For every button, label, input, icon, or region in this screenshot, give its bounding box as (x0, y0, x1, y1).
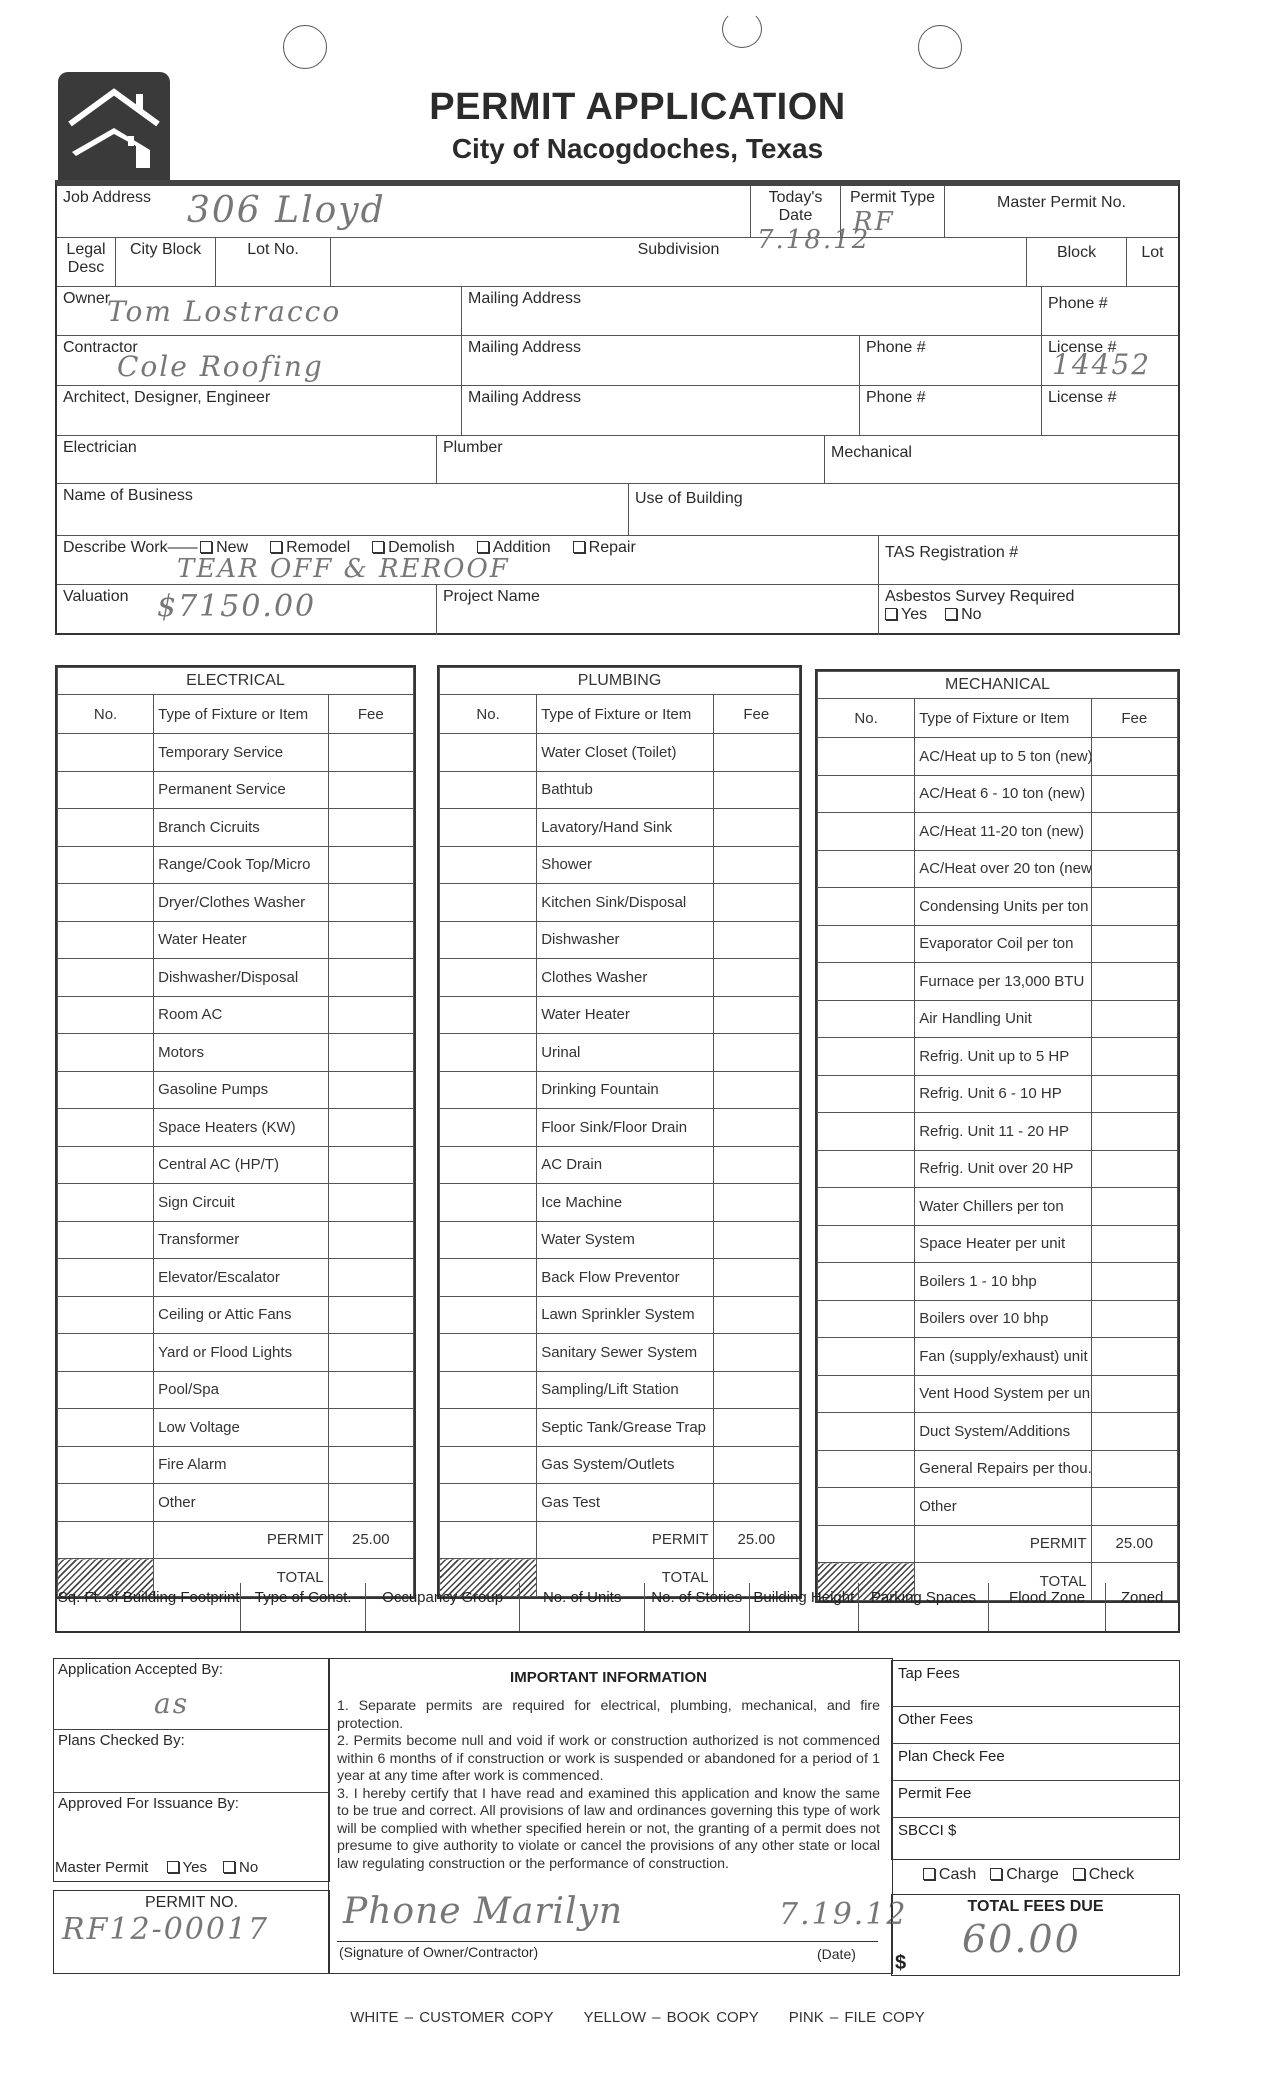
plumbing-section-title: PLUMBING (440, 668, 800, 695)
quantity-cell[interactable] (818, 813, 915, 851)
table-row: Range/Cook Top/Micro (58, 846, 414, 884)
lot-field[interactable]: Lot (1127, 238, 1178, 287)
table-row: Fan (supply/exhaust) unit (818, 1338, 1178, 1376)
fee-cell[interactable] (1091, 1450, 1177, 1488)
table-row: Kitchen Sink/Disposal (440, 884, 800, 922)
fee-cell[interactable] (713, 884, 799, 922)
fee-cell[interactable] (713, 1146, 799, 1184)
fee-cell[interactable] (1091, 1413, 1177, 1451)
fixture-item-label: Air Handling Unit (915, 1000, 1091, 1038)
quantity-cell[interactable] (58, 1296, 154, 1334)
fixture-item-label: Boilers over 10 bhp (915, 1300, 1091, 1338)
quantity-cell[interactable] (818, 925, 915, 963)
fixture-item-label: AC/Heat 6 - 10 ton (new) (915, 775, 1091, 813)
page-subtitle: City of Nacogdoches, Texas (0, 133, 1275, 165)
fee-cell[interactable] (1091, 1375, 1177, 1413)
table-row: Gas System/Outlets (440, 1446, 800, 1484)
fee-field-plan-check-fee[interactable]: Plan Check Fee (892, 1744, 1179, 1781)
quantity-cell[interactable] (440, 1296, 537, 1334)
fee-cell[interactable] (328, 1409, 413, 1447)
building-field-occupancy-group[interactable]: Occupancy Group (366, 1583, 520, 1631)
fixture-item-label: Furnace per 13,000 BTU (915, 963, 1091, 1001)
quantity-cell[interactable] (818, 1450, 915, 1488)
owner-mailing-address-field[interactable]: Mailing Address (462, 287, 1042, 336)
applicant-info-section: Job Address 306 Lloyd Today's Date 7.18.… (55, 180, 1180, 635)
quantity-cell[interactable] (58, 1334, 154, 1372)
table-row: Boilers 1 - 10 bhp (818, 1263, 1178, 1301)
fixture-item-label: Space Heaters (KW) (154, 1109, 328, 1147)
quantity-cell[interactable] (58, 959, 154, 997)
quantity-cell[interactable] (818, 1038, 915, 1076)
quantity-cell[interactable] (58, 1371, 154, 1409)
electrical-fixtures-table: ELECTRICALNo.Type of Fixture or ItemFeeT… (55, 665, 416, 1599)
fixture-item-label: Sampling/Lift Station (537, 1371, 713, 1409)
building-field-zoned[interactable]: Zoned (1106, 1583, 1178, 1631)
fixture-item-label: Permanent Service (154, 771, 328, 809)
table-row: Lavatory/Hand Sink (440, 809, 800, 847)
describe-work-field[interactable]: Describe Work—— NewRemodelDemolishAdditi… (57, 536, 879, 585)
quantity-cell[interactable] (440, 884, 537, 922)
fixture-item-label: Water System (537, 1221, 713, 1259)
payment-checkbox-cash[interactable]: Cash (923, 1866, 976, 1883)
table-row: Drinking Fountain (440, 1071, 800, 1109)
table-row: General Repairs per thou. (818, 1450, 1178, 1488)
table-row: AC/Heat up to 5 ton (new) (818, 738, 1178, 776)
architect-field[interactable]: Architect, Designer, Engineer (57, 386, 462, 436)
permit-fee-value: 25.00 (1091, 1525, 1177, 1563)
fee-cell[interactable] (1091, 1000, 1177, 1038)
quantity-cell[interactable] (818, 888, 915, 926)
fixture-item-label: Range/Cook Top/Micro (154, 846, 328, 884)
fee-cell[interactable] (328, 1446, 413, 1484)
application-accepted-by-field[interactable]: Application Accepted By: as (54, 1659, 329, 1730)
fee-field-sbcci[interactable]: SBCCI $ (892, 1818, 1179, 1857)
quantity-cell[interactable] (58, 1034, 154, 1072)
fixture-item-label: AC/Heat up to 5 ton (new) (915, 738, 1091, 776)
info-item: 2. Permits become null and void if work … (337, 1733, 880, 1786)
quantity-cell[interactable] (440, 1071, 537, 1109)
fee-cell[interactable] (713, 846, 799, 884)
contractor-license-field[interactable]: License # 14452 (1042, 336, 1178, 386)
fee-cell[interactable] (328, 959, 413, 997)
fee-cell[interactable] (1091, 775, 1177, 813)
quantity-cell[interactable] (58, 1184, 154, 1222)
fee-cell[interactable] (713, 1109, 799, 1147)
quantity-cell[interactable] (440, 809, 537, 847)
fixture-item-label: Duct System/Additions (915, 1413, 1091, 1451)
fee-cell[interactable] (328, 1221, 413, 1259)
fee-cell[interactable] (328, 771, 413, 809)
fee-cell[interactable] (713, 1371, 799, 1409)
fee-cell[interactable] (328, 734, 413, 772)
fixture-item-label: General Repairs per thou. (915, 1450, 1091, 1488)
fixture-item-label: Floor Sink/Floor Drain (537, 1109, 713, 1147)
fee-cell[interactable] (713, 1184, 799, 1222)
fee-cell[interactable] (328, 921, 413, 959)
contractor-license-value: 14452 (1052, 348, 1151, 381)
info-item: 1. Separate permits are required for ele… (337, 1698, 880, 1733)
table-row: Other (58, 1484, 414, 1522)
quantity-cell[interactable] (440, 1221, 537, 1259)
quantity-cell[interactable] (818, 1263, 915, 1301)
quantity-cell[interactable] (440, 959, 537, 997)
building-field-parking-spaces[interactable]: Parking Spaces (859, 1583, 989, 1631)
table-row: Fire Alarm (58, 1446, 414, 1484)
fee-cell[interactable] (713, 1221, 799, 1259)
quantity-cell[interactable] (818, 1225, 915, 1263)
quantity-cell[interactable] (58, 1221, 154, 1259)
contractor-field[interactable]: Contractor Cole Roofing (57, 336, 462, 386)
quantity-cell[interactable] (818, 1300, 915, 1338)
fee-cell[interactable] (713, 771, 799, 809)
fee-cell[interactable] (328, 1034, 413, 1072)
work-type-checkbox-repair[interactable]: Repair (573, 539, 636, 556)
quantity-cell[interactable] (818, 1413, 915, 1451)
plumbing-fixtures-table: PLUMBINGNo.Type of Fixture or ItemFeeWat… (437, 665, 802, 1599)
fee-cell[interactable] (1091, 1300, 1177, 1338)
fee-cell[interactable] (328, 1184, 413, 1222)
fee-cell[interactable] (328, 1071, 413, 1109)
approvals-section: Application Accepted By: as Plans Checke… (53, 1658, 330, 1882)
quantity-cell[interactable] (818, 1488, 915, 1526)
table-row: Septic Tank/Grease Trap (440, 1409, 800, 1447)
quantity-cell[interactable] (818, 1188, 915, 1226)
master-permit-no-field[interactable]: Master Permit No. (945, 186, 1178, 238)
quantity-cell[interactable] (818, 1075, 915, 1113)
checkbox-icon (990, 1868, 1002, 1880)
valuation-field[interactable]: Valuation $7150.00 (57, 585, 437, 635)
lot-no-field[interactable]: Lot No. (216, 238, 331, 287)
quantity-cell[interactable] (58, 1071, 154, 1109)
checkbox-icon (372, 541, 384, 553)
table-row: Ceiling or Attic Fans (58, 1296, 414, 1334)
city-block-field[interactable]: City Block (116, 238, 216, 287)
fixture-item-label: Fan (supply/exhaust) unit (915, 1338, 1091, 1376)
fee-cell[interactable] (1091, 888, 1177, 926)
table-row: Duct System/Additions (818, 1413, 1178, 1451)
quantity-cell[interactable] (818, 1338, 915, 1376)
fee-cell[interactable] (1091, 1225, 1177, 1263)
payment-method: CashChargeCheck (891, 1866, 1180, 1884)
fee-cell[interactable] (713, 921, 799, 959)
quantity-cell[interactable] (818, 1375, 915, 1413)
fixture-item-label: Motors (154, 1034, 328, 1072)
quantity-cell[interactable] (58, 1146, 154, 1184)
plumber-field[interactable]: Plumber (437, 436, 825, 484)
owner-phone-field[interactable]: Phone # (1042, 287, 1178, 336)
project-name-field[interactable]: Project Name (437, 585, 879, 635)
fee-cell[interactable] (1091, 1113, 1177, 1151)
fee-cell[interactable] (328, 1146, 413, 1184)
fixture-item-label: Other (915, 1488, 1091, 1526)
fixture-item-label: Water Heater (537, 996, 713, 1034)
quantity-cell[interactable] (58, 1446, 154, 1484)
fixture-item-label: Refrig. Unit 6 - 10 HP (915, 1075, 1091, 1113)
fixture-item-label: Clothes Washer (537, 959, 713, 997)
permit-fee-value: 25.00 (713, 1521, 799, 1559)
fixture-item-label: Ice Machine (537, 1184, 713, 1222)
quantity-cell[interactable] (440, 846, 537, 884)
fixture-item-label: Condensing Units per ton (915, 888, 1091, 926)
fixture-item-label: Shower (537, 846, 713, 884)
table-row: Gas Test (440, 1484, 800, 1522)
fixture-item-label: Fire Alarm (154, 1446, 328, 1484)
table-row: Water Closet (Toilet) (440, 734, 800, 772)
quantity-cell[interactable] (440, 921, 537, 959)
fixture-item-label: Elevator/Escalator (154, 1259, 328, 1297)
fee-cell[interactable] (328, 884, 413, 922)
quantity-cell[interactable] (818, 738, 915, 776)
fee-cell[interactable] (328, 1334, 413, 1372)
table-row: Branch Cicruits (58, 809, 414, 847)
fee-cell[interactable] (1091, 850, 1177, 888)
table-row: AC/Heat 11-20 ton (new) (818, 813, 1178, 851)
building-field-no-of-stories[interactable]: No. of Stories (645, 1583, 750, 1631)
quantity-cell[interactable] (818, 850, 915, 888)
fee-cell[interactable] (713, 1334, 799, 1372)
quantity-cell[interactable] (440, 1334, 537, 1372)
master-permit-checkbox-no[interactable]: No (223, 1859, 258, 1876)
copy-label: YELLOW – BOOK COPY (583, 2009, 758, 2026)
permit-row: PERMIT25.00 (818, 1525, 1178, 1563)
table-row: Ice Machine (440, 1184, 800, 1222)
fee-cell[interactable] (713, 1034, 799, 1072)
permit-fee-value: 25.00 (328, 1521, 413, 1559)
master-permit-field: Master Permit YesNo (55, 1860, 274, 1877)
fee-cell[interactable] (1091, 1488, 1177, 1526)
block-field[interactable]: Block (1027, 238, 1127, 287)
mechanical-field[interactable]: Mechanical (825, 436, 1178, 484)
fee-cell[interactable] (328, 1259, 413, 1297)
permit-type-field[interactable]: Permit Type RF (841, 186, 945, 238)
table-row: Temporary Service (58, 734, 414, 772)
quantity-cell[interactable] (58, 846, 154, 884)
use-of-building-field[interactable]: Use of Building (629, 484, 1178, 536)
table-row: Other (818, 1488, 1178, 1526)
fee-field-other-fees[interactable]: Other Fees (892, 1707, 1179, 1744)
fee-cell[interactable] (1091, 1188, 1177, 1226)
fee-cell[interactable] (1091, 1150, 1177, 1188)
quantity-cell[interactable] (58, 809, 154, 847)
punch-hole (283, 25, 327, 69)
fee-cell[interactable] (713, 1296, 799, 1334)
table-row: Pool/Spa (58, 1371, 414, 1409)
master-permit-checkbox-yes[interactable]: Yes (167, 1859, 207, 1876)
fee-field-permit-fee[interactable]: Permit Fee (892, 1781, 1179, 1818)
quantity-cell[interactable] (818, 963, 915, 1001)
fixture-item-label: Yard or Flood Lights (154, 1334, 328, 1372)
contractor-value: Cole Roofing (117, 350, 324, 383)
fixture-item-label: Room AC (154, 996, 328, 1034)
quantity-cell[interactable] (440, 1034, 537, 1072)
fee-cell[interactable] (328, 1109, 413, 1147)
todays-date-field[interactable]: Today's Date 7.18.12 (751, 186, 841, 238)
quantity-cell[interactable] (58, 1109, 154, 1147)
plans-checked-by-field[interactable]: Plans Checked By: (54, 1730, 329, 1793)
fixture-item-label: Refrig. Unit up to 5 HP (915, 1038, 1091, 1076)
fee-cell[interactable] (1091, 1263, 1177, 1301)
asbestos-checkbox-yes[interactable]: Yes (885, 606, 927, 623)
tas-registration-field[interactable]: TAS Registration # (879, 536, 1178, 585)
fee-cell[interactable] (328, 846, 413, 884)
fee-cell[interactable] (713, 1071, 799, 1109)
fee-cell[interactable] (713, 734, 799, 772)
fee-cell[interactable] (713, 1259, 799, 1297)
fixture-item-label: Temporary Service (154, 734, 328, 772)
business-name-field[interactable]: Name of Business (57, 484, 629, 536)
quantity-cell[interactable] (440, 1146, 537, 1184)
info-item: 3. I hereby certify that I have read and… (337, 1786, 880, 1874)
asbestos-checkbox-no[interactable]: No (945, 606, 981, 623)
fee-cell[interactable] (1091, 813, 1177, 851)
total-fees-due-field[interactable]: TOTAL FEES DUE $ 60.00 (891, 1894, 1180, 1976)
fee-cell[interactable] (713, 959, 799, 997)
owner-field[interactable]: Owner Tom Lostracco (57, 287, 462, 336)
quantity-cell[interactable] (818, 1150, 915, 1188)
contractor-mailing-address-field[interactable]: Mailing Address (462, 336, 860, 386)
approved-for-issuance-by-field[interactable]: Approved For Issuance By: (54, 1793, 329, 1863)
quantity-cell[interactable] (58, 1484, 154, 1522)
fee-cell[interactable] (713, 809, 799, 847)
quantity-cell[interactable] (440, 771, 537, 809)
fixture-item-label: Other (154, 1484, 328, 1522)
fee-cell[interactable] (1091, 963, 1177, 1001)
table-row: Water Heater (440, 996, 800, 1034)
signature-value: Phone Marilyn (343, 1891, 623, 1932)
fee-cell[interactable] (1091, 738, 1177, 776)
permit-label: PERMIT (154, 1521, 328, 1559)
fee-cell[interactable] (1091, 1038, 1177, 1076)
fixture-item-label: Septic Tank/Grease Trap (537, 1409, 713, 1447)
permit-row: PERMIT25.00 (440, 1521, 800, 1559)
table-row: Yard or Flood Lights (58, 1334, 414, 1372)
table-row: Condensing Units per ton (818, 888, 1178, 926)
fixture-item-label: Vent Hood System per unit (915, 1375, 1091, 1413)
fee-cell[interactable] (1091, 1338, 1177, 1376)
architect-license-field[interactable]: License # (1042, 386, 1178, 436)
quantity-cell[interactable] (58, 771, 154, 809)
fixture-item-label: Gasoline Pumps (154, 1071, 328, 1109)
table-row: Clothes Washer (440, 959, 800, 997)
fee-cell[interactable] (328, 1296, 413, 1334)
building-info-row: Sq. Ft. of Building FootprintType of Con… (55, 1583, 1180, 1633)
quantity-cell[interactable] (818, 775, 915, 813)
quantity-cell[interactable] (58, 884, 154, 922)
permit-label: PERMIT (537, 1521, 713, 1559)
table-row: Refrig. Unit over 20 HP (818, 1150, 1178, 1188)
column-header-item: Type of Fixture or Item (154, 695, 328, 734)
table-row: Water Heater (58, 921, 414, 959)
quantity-cell[interactable] (440, 1109, 537, 1147)
copy-label: PINK – FILE COPY (789, 2009, 925, 2026)
fee-field-tap-fees[interactable]: Tap Fees (892, 1661, 1179, 1707)
quantity-cell[interactable] (440, 1371, 537, 1409)
building-field-sq-ft-of-building-footprint[interactable]: Sq. Ft. of Building Footprint (57, 1583, 241, 1631)
total-fees-value: 60.00 (962, 1917, 1081, 1961)
building-field-flood-zone[interactable]: Flood Zone (989, 1583, 1107, 1631)
electrician-field[interactable]: Electrician (57, 436, 437, 484)
fee-cell[interactable] (713, 1409, 799, 1447)
quantity-cell[interactable] (818, 1000, 915, 1038)
permit-label: PERMIT (915, 1525, 1091, 1563)
payment-checkbox-charge[interactable]: Charge (990, 1866, 1058, 1883)
quantity-cell[interactable] (440, 1409, 537, 1447)
architect-mailing-address-field[interactable]: Mailing Address (462, 386, 860, 436)
checkbox-icon (573, 541, 585, 553)
fixture-item-label: Water Closet (Toilet) (537, 734, 713, 772)
quantity-cell[interactable] (440, 1184, 537, 1222)
fee-cell[interactable] (328, 996, 413, 1034)
punch-hole (918, 25, 962, 69)
quantity-cell[interactable] (58, 1259, 154, 1297)
fee-cell[interactable] (328, 1484, 413, 1522)
quantity-cell[interactable] (818, 1113, 915, 1151)
page-title: PERMIT APPLICATION (0, 86, 1275, 129)
quantity-cell[interactable] (440, 1259, 537, 1297)
quantity-cell[interactable] (440, 734, 537, 772)
signature-date-value: 7.19.12 (779, 1897, 908, 1932)
fixture-item-label: Sanitary Sewer System (537, 1334, 713, 1372)
table-row: Refrig. Unit 11 - 20 HP (818, 1113, 1178, 1151)
fees-section: Tap FeesOther FeesPlan Check FeePermit F… (891, 1660, 1180, 1860)
checkbox-icon (200, 541, 212, 553)
fixture-item-label: Kitchen Sink/Disposal (537, 884, 713, 922)
fixture-item-label: Dishwasher (537, 921, 713, 959)
table-row: Dishwasher/Disposal (58, 959, 414, 997)
fee-cell[interactable] (328, 809, 413, 847)
quantity-cell[interactable] (440, 1446, 537, 1484)
fee-cell[interactable] (713, 1484, 799, 1522)
column-header-no: No. (58, 695, 154, 734)
fee-cell[interactable] (713, 1446, 799, 1484)
quantity-cell[interactable] (58, 996, 154, 1034)
building-field-no-of-units[interactable]: No. of Units (520, 1583, 645, 1631)
table-row: Motors (58, 1034, 414, 1072)
electrical-section-title: ELECTRICAL (58, 668, 414, 695)
fee-cell[interactable] (328, 1371, 413, 1409)
quantity-cell[interactable] (58, 1409, 154, 1447)
fee-cell[interactable] (1091, 925, 1177, 963)
fixture-item-label: Gas System/Outlets (537, 1446, 713, 1484)
permit-row: PERMIT25.00 (58, 1521, 414, 1559)
column-header-item: Type of Fixture or Item (537, 695, 713, 734)
fixture-item-label: Transformer (154, 1221, 328, 1259)
subdivision-field[interactable]: Subdivision (331, 238, 1027, 287)
fee-cell[interactable] (713, 996, 799, 1034)
asbestos-survey-field: Asbestos Survey Required YesNo (879, 585, 1178, 635)
table-row: Water System (440, 1221, 800, 1259)
permit-no-field[interactable]: PERMIT NO. RF12-00017 (53, 1890, 330, 1974)
quantity-cell[interactable] (58, 921, 154, 959)
payment-checkbox-check[interactable]: Check (1073, 1866, 1134, 1883)
column-header-no: No. (440, 695, 537, 734)
quantity-cell[interactable] (440, 996, 537, 1034)
quantity-cell[interactable] (440, 1484, 537, 1522)
fixture-item-label: Drinking Fountain (537, 1071, 713, 1109)
building-field-building-height[interactable]: Building Height (750, 1583, 860, 1631)
architect-phone-field[interactable]: Phone # (860, 386, 1042, 436)
table-row: Floor Sink/Floor Drain (440, 1109, 800, 1147)
legal-desc-label: Legal Desc (57, 238, 116, 287)
building-field-type-of-const[interactable]: Type of Const. (241, 1583, 366, 1631)
fixture-item-label: Urinal (537, 1034, 713, 1072)
fee-cell[interactable] (1091, 1075, 1177, 1113)
table-row: Dishwasher (440, 921, 800, 959)
table-row: Gasoline Pumps (58, 1071, 414, 1109)
quantity-cell[interactable] (58, 734, 154, 772)
job-address-field[interactable]: Job Address 306 Lloyd (57, 186, 751, 238)
contractor-phone-field[interactable]: Phone # (860, 336, 1042, 386)
